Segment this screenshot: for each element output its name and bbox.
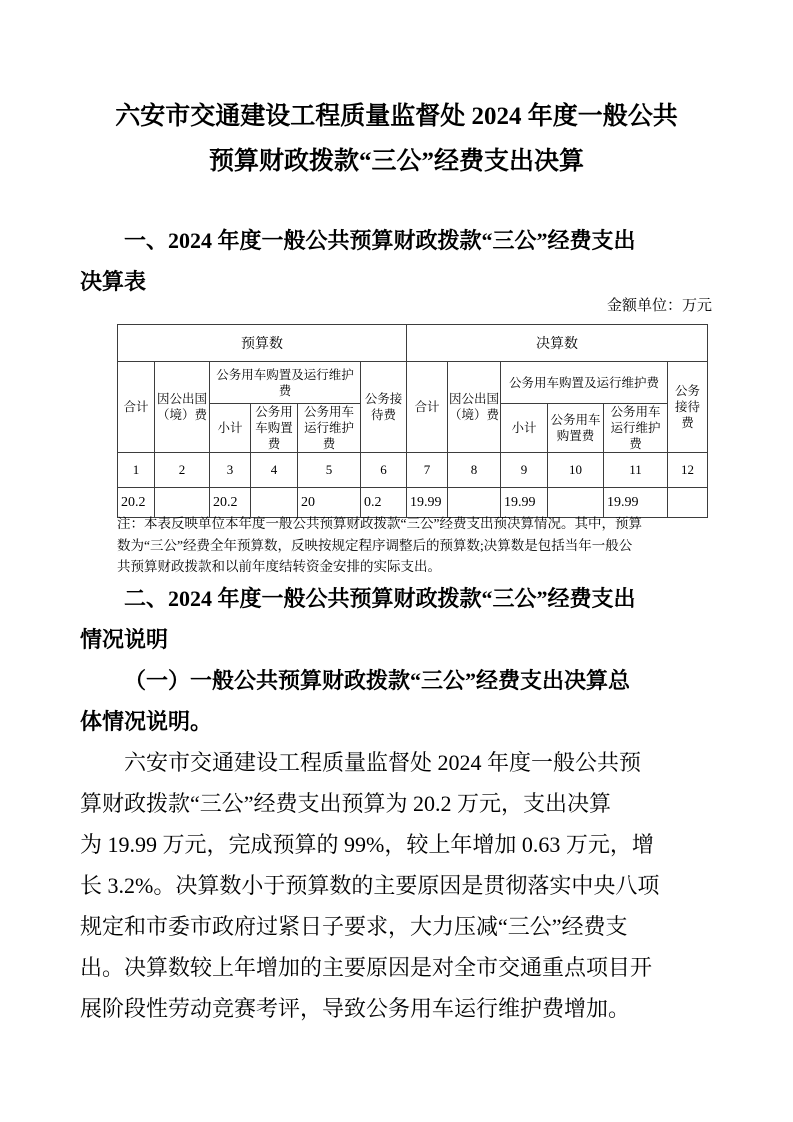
final-total-header: 合计 xyxy=(407,362,448,453)
budget-abroad-header: 因公出国（境）费 xyxy=(155,362,210,453)
budget-purchase-header: 公务用车购置费 xyxy=(251,404,298,453)
final-group-header: 决算数 xyxy=(407,325,708,362)
column-number-cell: 10 xyxy=(548,453,604,488)
column-number-cell: 1 xyxy=(118,453,155,488)
column-number-cell: 6 xyxy=(361,453,407,488)
budget-reception-header: 公务接待费 xyxy=(361,362,407,453)
budget-operation-header: 公务用车运行维护费 xyxy=(298,404,361,453)
final-purchase-header: 公务用车购置费 xyxy=(548,404,604,453)
section2-heading: 二、2024 年度一般公共预算财政拨款“三公”经费支出 情况说明 xyxy=(80,578,713,660)
final-operation-header: 公务用车运行维护费 xyxy=(604,404,668,453)
column-number-cell: 5 xyxy=(298,453,361,488)
final-subtotal-header: 小计 xyxy=(501,404,548,453)
column-number-cell: 8 xyxy=(448,453,501,488)
section2-sub-heading: （一）一般公共预算财政拨款“三公”经费支出决算总 体情况说明。 xyxy=(80,660,713,742)
column-number-cell: 9 xyxy=(501,453,548,488)
final-vehicle-group-header: 公务用车购置及运行维护费 xyxy=(501,362,668,404)
budget-vehicle-group-header: 公务用车购置及运行维护费 xyxy=(210,362,361,404)
section2: 二、2024 年度一般公共预算财政拨款“三公”经费支出 情况说明 （一）一般公共… xyxy=(80,578,713,1029)
final-reception-header: 公务接待费 xyxy=(668,362,708,453)
column-number-cell: 2 xyxy=(155,453,210,488)
column-number-cell: 3 xyxy=(210,453,251,488)
document-page: 六安市交通建设工程质量监督处 2024 年度一般公共 预算财政拨款“三公”经费支… xyxy=(0,0,793,1122)
column-number-cell: 4 xyxy=(251,453,298,488)
document-title-line-1: 六安市交通建设工程质量监督处 2024 年度一般公共 xyxy=(0,94,793,139)
budget-total-header: 合计 xyxy=(118,362,155,453)
document-title-line-2: 预算财政拨款“三公”经费支出决算 xyxy=(0,139,793,184)
column-number-cell: 11 xyxy=(604,453,668,488)
column-number-cell: 12 xyxy=(668,453,708,488)
section2-paragraph: 六安市交通建设工程质量监督处 2024 年度一般公共预 算财政拨款“三公”经费支… xyxy=(80,742,713,1029)
table-note: 注：本表反映单位本年度一般公共预算财政拨款“三公”经费支出预决算情况。其中，预算… xyxy=(117,513,713,578)
three-public-expense-table: 预算数 决算数 合计 因公出国（境）费 公务用车购置及运行维护费 公务接待费 合… xyxy=(117,324,708,518)
budget-group-header: 预算数 xyxy=(118,325,407,362)
document-title: 六安市交通建设工程质量监督处 2024 年度一般公共 预算财政拨款“三公”经费支… xyxy=(0,94,793,184)
amount-unit-note: 金额单位：万元 xyxy=(80,296,712,316)
column-number-cell: 7 xyxy=(407,453,448,488)
final-abroad-header: 因公出国（境）费 xyxy=(448,362,501,453)
section1-heading: 一、2024 年度一般公共预算财政拨款“三公”经费支出 决算表 xyxy=(80,220,713,302)
budget-subtotal-header: 小计 xyxy=(210,404,251,453)
